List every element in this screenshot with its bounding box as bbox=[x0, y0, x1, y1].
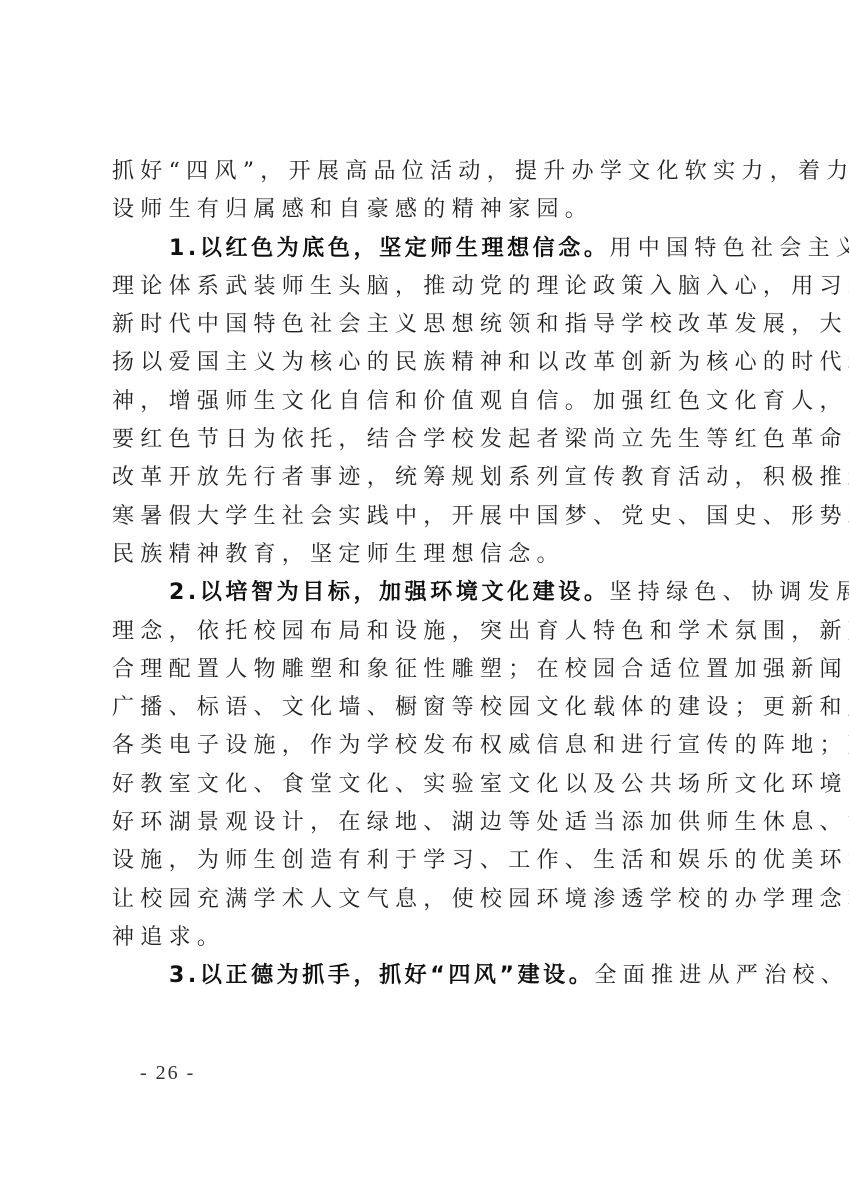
text-line: 民族精神教育，坚定师生理想信念。 bbox=[112, 536, 746, 574]
text-line: 要红色节日为依托，结合学校发起者梁尚立先生等红色革命家、 bbox=[112, 421, 746, 459]
section-2-first-line: 2.以培智为目标，加强环境文化建设。坚持绿色、协调发展 bbox=[112, 574, 746, 612]
text-line: 好环湖景观设计，在绿地、湖边等处适当添加供师生休息、读书 bbox=[112, 804, 746, 842]
text-line: 设施，为师生创造有利于学习、工作、生活和娱乐的优美环境， bbox=[112, 842, 746, 880]
text-line: 扬以爱国主义为核心的民族精神和以改革创新为核心的时代精 bbox=[112, 344, 746, 382]
text-line: 广播、标语、文化墙、橱窗等校园文化载体的建设；更新和加装 bbox=[112, 689, 746, 727]
section-3-first-line: 3.以正德为抓手，抓好“四风”建设。全面推进从严治校、 bbox=[112, 957, 746, 995]
text-line: 理念，依托校园布局和设施，突出育人特色和学术氛围，新建并 bbox=[112, 613, 746, 651]
text-line: 神追求。 bbox=[112, 919, 746, 957]
text-line: 新时代中国特色社会主义思想统领和指导学校改革发展，大力弘 bbox=[112, 306, 746, 344]
section-2-heading: 2.以培智为目标，加强环境文化建设。 bbox=[169, 580, 609, 605]
text-span: 全面推进从严治校、 bbox=[594, 963, 849, 988]
text-line: 各类电子设施，作为学校发布权威信息和进行宣传的阵地；建设 bbox=[112, 727, 746, 765]
text-line: 理论体系武装师生头脑，推动党的理论政策入脑入心，用习近平 bbox=[112, 268, 746, 306]
text-line: 神，增强师生文化自信和价值观自信。加强红色文化育人，以重 bbox=[112, 383, 746, 421]
section-1-heading: 1.以红色为底色，坚定师生理想信念。 bbox=[169, 236, 609, 261]
text-line: 好教室文化、食堂文化、实验室文化以及公共场所文化环境，做 bbox=[112, 766, 746, 804]
page-number: - 26 - bbox=[140, 1062, 195, 1085]
text-span: 用中国特色社会主义 bbox=[609, 236, 849, 261]
text-line: 抓好“四风”，开展高品位活动，提升办学文化软实力，着力建 bbox=[112, 153, 746, 191]
document-body: 抓好“四风”，开展高品位活动，提升办学文化软实力，着力建 设师生有归属感和自豪感… bbox=[112, 153, 746, 996]
text-line: 改革开放先行者事迹，统筹规划系列宣传教育活动，积极推进在 bbox=[112, 459, 746, 497]
section-1-first-line: 1.以红色为底色，坚定师生理想信念。用中国特色社会主义 bbox=[112, 230, 746, 268]
text-line: 合理配置人物雕塑和象征性雕塑；在校园合适位置加强新闻网、 bbox=[112, 651, 746, 689]
text-line: 寒暑假大学生社会实践中，开展中国梦、党史、国史、形势政策、 bbox=[112, 498, 746, 536]
text-line: 设师生有归属感和自豪感的精神家园。 bbox=[112, 191, 746, 229]
section-3-heading: 3.以正德为抓手，抓好“四风”建设。 bbox=[169, 963, 594, 988]
text-line: 让校园充满学术人文气息，使校园环境渗透学校的办学理念和精 bbox=[112, 881, 746, 919]
text-span: 坚持绿色、协调发展 bbox=[609, 580, 849, 605]
